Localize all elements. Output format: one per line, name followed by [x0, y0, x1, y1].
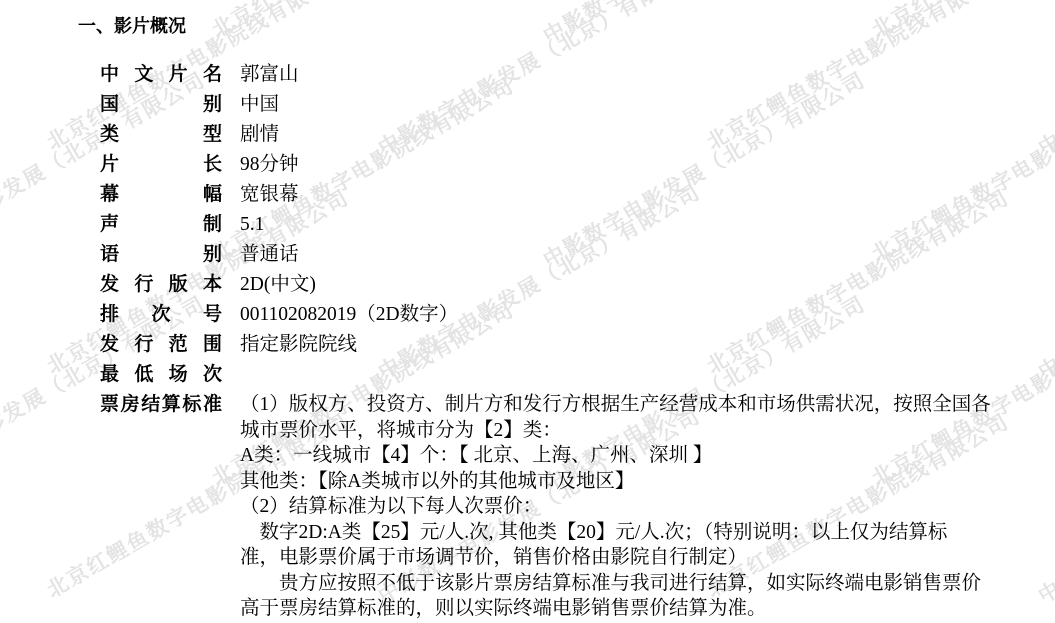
field-value: 郭富山 — [240, 62, 1040, 88]
field-row: 片长 98分钟 — [100, 152, 1040, 182]
field-value: 指定影院院线 — [240, 332, 1040, 358]
field-label: 类型 — [100, 122, 222, 148]
field-label: 语别 — [100, 242, 222, 268]
field-value: 宽银幕 — [240, 182, 1040, 208]
field-row: 中文片名 郭富山 — [100, 62, 1040, 92]
section-title: 一、影片概况 — [78, 14, 186, 38]
field-value: 001102082019（2D数字） — [240, 302, 1040, 328]
field-row: 语别 普通话 — [100, 242, 1040, 272]
field-label: 票房结算标准 — [100, 392, 222, 418]
field-row: 票房结算标准 （1）版权方、投资方、制片方和发行方根据生产经营成本和市场供需状况… — [100, 392, 1040, 622]
field-label: 幕幅 — [100, 182, 222, 208]
field-label: 中文片名 — [100, 62, 222, 88]
field-row: 发行版本 2D(中文) — [100, 272, 1040, 302]
field-label: 片长 — [100, 152, 222, 178]
field-label: 声制 — [100, 212, 222, 238]
field-label: 最低场次 — [100, 362, 222, 388]
field-value: 2D(中文) — [240, 272, 1040, 298]
document-page: 中影数字电影发展（北京）有限公司北京红鲤鱼数字电影院线有限公司中影数字电影发展（… — [0, 0, 1055, 623]
watermark-text: 中影数字电影发展（北京）有限公司 — [537, 0, 871, 50]
film-info-fields: 中文片名 郭富山 国别 中国 类型 剧情 片长 98分钟 幕幅 宽银幕 — [100, 62, 1040, 622]
watermark-text: 北京红鲤鱼数字电影院线有限公司 — [866, 0, 1055, 44]
field-value: 98分钟 — [240, 152, 1040, 178]
field-row: 幕幅 宽银幕 — [100, 182, 1040, 212]
field-row: 排次号 001102082019（2D数字） — [100, 302, 1040, 332]
field-row: 类型 剧情 — [100, 122, 1040, 152]
field-label: 排次号 — [100, 302, 222, 328]
watermark-text: 北京红鲤鱼数字电影院线有限公司 — [206, 0, 520, 44]
field-label: 国别 — [100, 92, 222, 118]
field-label: 发行范围 — [100, 332, 222, 358]
field-value: 5.1 — [240, 212, 1040, 238]
field-row: 国别 中国 — [100, 92, 1040, 122]
field-row: 发行范围 指定影院院线 — [100, 332, 1040, 362]
field-value: （1）版权方、投资方、制片方和发行方根据生产经营成本和市场供需状况，按照全国各 … — [240, 392, 1040, 622]
field-row: 声制 5.1 — [100, 212, 1040, 242]
field-row: 最低场次 — [100, 362, 1040, 392]
field-label: 发行版本 — [100, 272, 222, 298]
field-value: 普通话 — [240, 242, 1040, 268]
field-value: 中国 — [240, 92, 1040, 118]
field-value: 剧情 — [240, 122, 1040, 148]
